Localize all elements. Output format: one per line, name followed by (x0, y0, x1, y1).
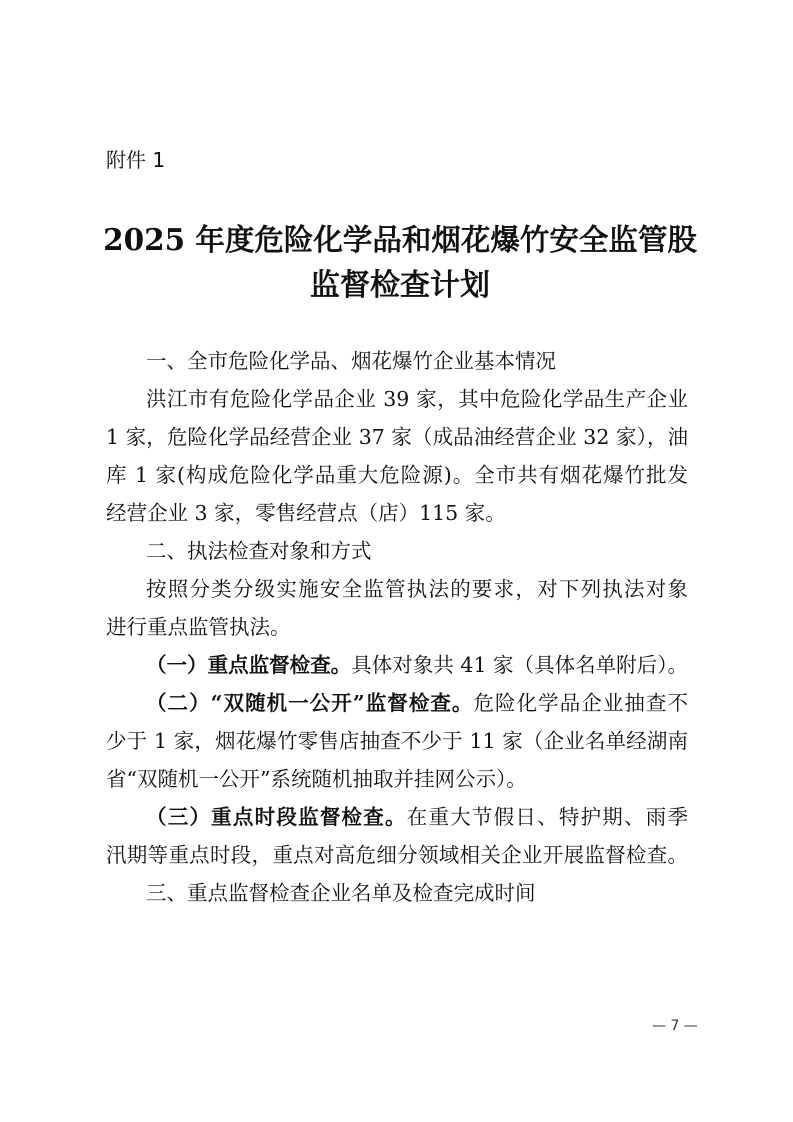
item2-title: （二）“双随机一公开”监督检查。 (146, 691, 473, 715)
section2-item2-line: 少于 1 家，烟花爆竹零售店抽查不少于 11 家（企业名单经湖南 (106, 726, 688, 756)
section3-heading: 三、重点监督检查企业名单及检查完成时间 (146, 878, 688, 908)
section1-line: 库 1 家(构成危险化学品重大危险源)。全市共有烟花爆竹批发 (106, 460, 688, 490)
section2-item2: （二）“双随机一公开”监督检查。危险化学品企业抽查不 (146, 688, 688, 718)
document-title-line1: 2025 年度危险化学品和烟花爆竹安全监管股 (100, 218, 700, 262)
page-number: — 7 — (652, 1018, 698, 1034)
section2-intro-line: 进行重点监管执法。 (106, 612, 688, 642)
section1-heading: 一、全市危险化学品、烟花爆竹企业基本情况 (146, 346, 688, 376)
item3-text: 在重大节假日、特护期、雨季 (407, 805, 688, 829)
section2-item2-line: 省“双随机一公开”系统随机抽取并挂网公示）。 (106, 764, 688, 794)
section2-item3: （三）重点时段监督检查。在重大节假日、特护期、雨季 (146, 802, 688, 832)
section2-item1: （一）重点监督检查。具体对象共 41 家（具体名单附后）。 (146, 650, 688, 680)
section1-line: 洪江市有危险化学品企业 39 家，其中危险化学品生产企业 (146, 384, 688, 414)
attachment-label: 附件 1 (106, 146, 165, 174)
section2-heading: 二、执法检查对象和方式 (146, 536, 688, 566)
section1-line: 经营企业 3 家，零售经营点（店）115 家。 (106, 498, 688, 528)
item1-text: 具体对象共 41 家（具体名单附后）。 (351, 653, 688, 677)
section2-item3-line: 汛期等重点时段，重点对高危细分领域相关企业开展监督检查。 (106, 840, 688, 870)
document-page: 附件 1 2025 年度危险化学品和烟花爆竹安全监管股 监督检查计划 一、全市危… (0, 0, 793, 1122)
section1-line: 1 家，危险化学品经营企业 37 家（成品油经营企业 32 家），油 (106, 422, 688, 452)
section2-intro-line: 按照分类分级实施安全监管执法的要求，对下列执法对象 (146, 574, 688, 604)
document-title-line2: 监督检查计划 (100, 264, 700, 308)
item3-title: （三）重点时段监督检查。 (146, 805, 407, 829)
item2-text: 危险化学品企业抽查不 (473, 691, 688, 715)
item1-title: （一）重点监督检查。 (146, 653, 351, 677)
